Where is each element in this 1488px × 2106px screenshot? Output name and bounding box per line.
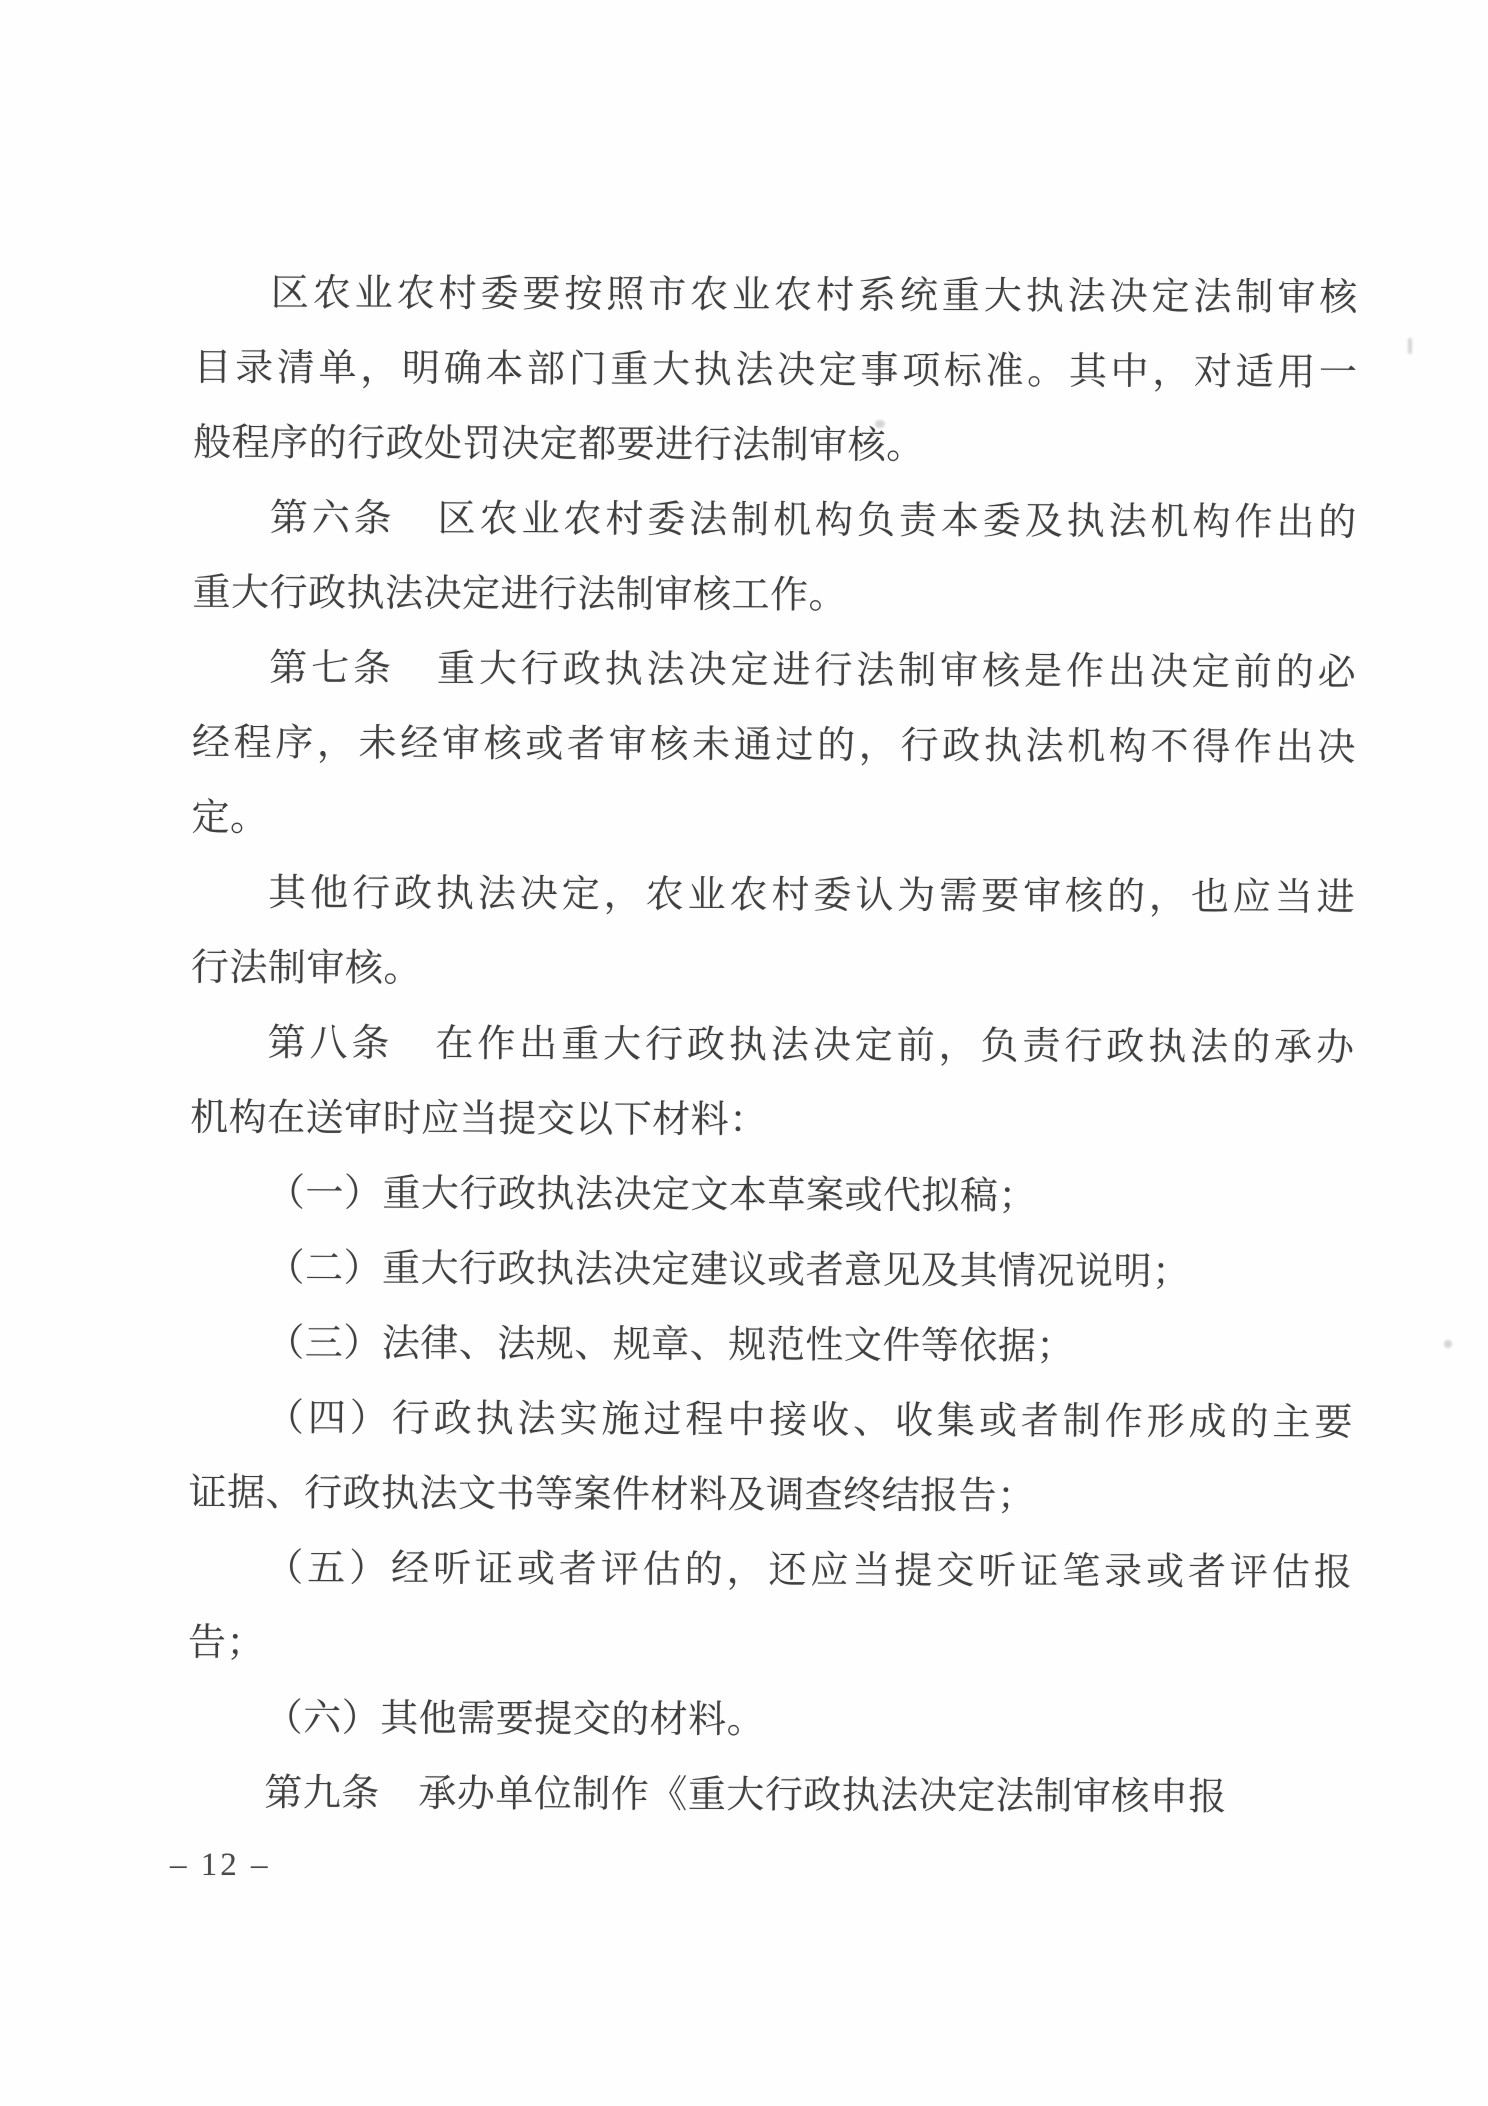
page-number: – 12 – xyxy=(170,1845,271,1885)
text-line: （四）行政执法实施过程中接收、收集或者制作形成的主要 xyxy=(189,1381,1353,1461)
text-line: 行法制审核。 xyxy=(191,931,1355,1011)
text-line: （五）经听证或者评估的，还应当提交听证笔录或者评估报 xyxy=(188,1531,1352,1611)
text-line: （一）重大行政执法决定文本草案或代拟稿； xyxy=(190,1156,1354,1236)
text-line: 第八条 在作出重大行政执法决定前，负责行政执法的承办 xyxy=(190,1006,1354,1086)
text-line: 目录清单，明确本部门重大执法决定事项标准。其中，对适用一 xyxy=(193,331,1357,411)
scan-speck xyxy=(875,420,885,428)
text-line: 机构在送审时应当提交以下材料： xyxy=(190,1081,1354,1161)
text-line: 告； xyxy=(188,1606,1352,1686)
scan-speck xyxy=(1408,338,1412,354)
text-line: （二）重大行政执法决定建议或者意见及其情况说明； xyxy=(189,1231,1353,1311)
text-line: 重大行政执法决定进行法制审核工作。 xyxy=(192,556,1356,636)
text-line: 第九条 承办单位制作《重大行政执法决定法制审核申报 xyxy=(187,1756,1351,1836)
text-line: 定。 xyxy=(191,781,1355,861)
text-line: 区农业农村委要按照市农业农村系统重大执法决定法制审核 xyxy=(194,256,1358,336)
text-line: 经程序，未经审核或者审核未通过的，行政执法机构不得作出决 xyxy=(192,706,1356,786)
text-line: 其他行政执法决定，农业农村委认为需要审核的，也应当进 xyxy=(191,856,1355,936)
text-line: （六）其他需要提交的材料。 xyxy=(187,1681,1351,1761)
text-line: 第六条 区农业农村委法制机构负责本委及执法机构作出的 xyxy=(193,481,1357,561)
document-body: 区农业农村委要按照市农业农村系统重大执法决定法制审核 目录清单，明确本部门重大执… xyxy=(187,256,1358,1836)
text-line: 第七条 重大行政执法决定进行法制审核是作出决定前的必 xyxy=(192,631,1356,711)
text-line: 般程序的行政处罚决定都要进行法制审核。 xyxy=(193,406,1357,486)
scan-speck xyxy=(1444,1340,1452,1348)
text-line: （三）法律、法规、规章、规范性文件等依据； xyxy=(189,1306,1353,1386)
text-line: 证据、行政执法文书等案件材料及调查终结报告； xyxy=(188,1456,1352,1536)
scanned-document-page: 区农业农村委要按照市农业农村系统重大执法决定法制审核 目录清单，明确本部门重大执… xyxy=(0,0,1488,2106)
